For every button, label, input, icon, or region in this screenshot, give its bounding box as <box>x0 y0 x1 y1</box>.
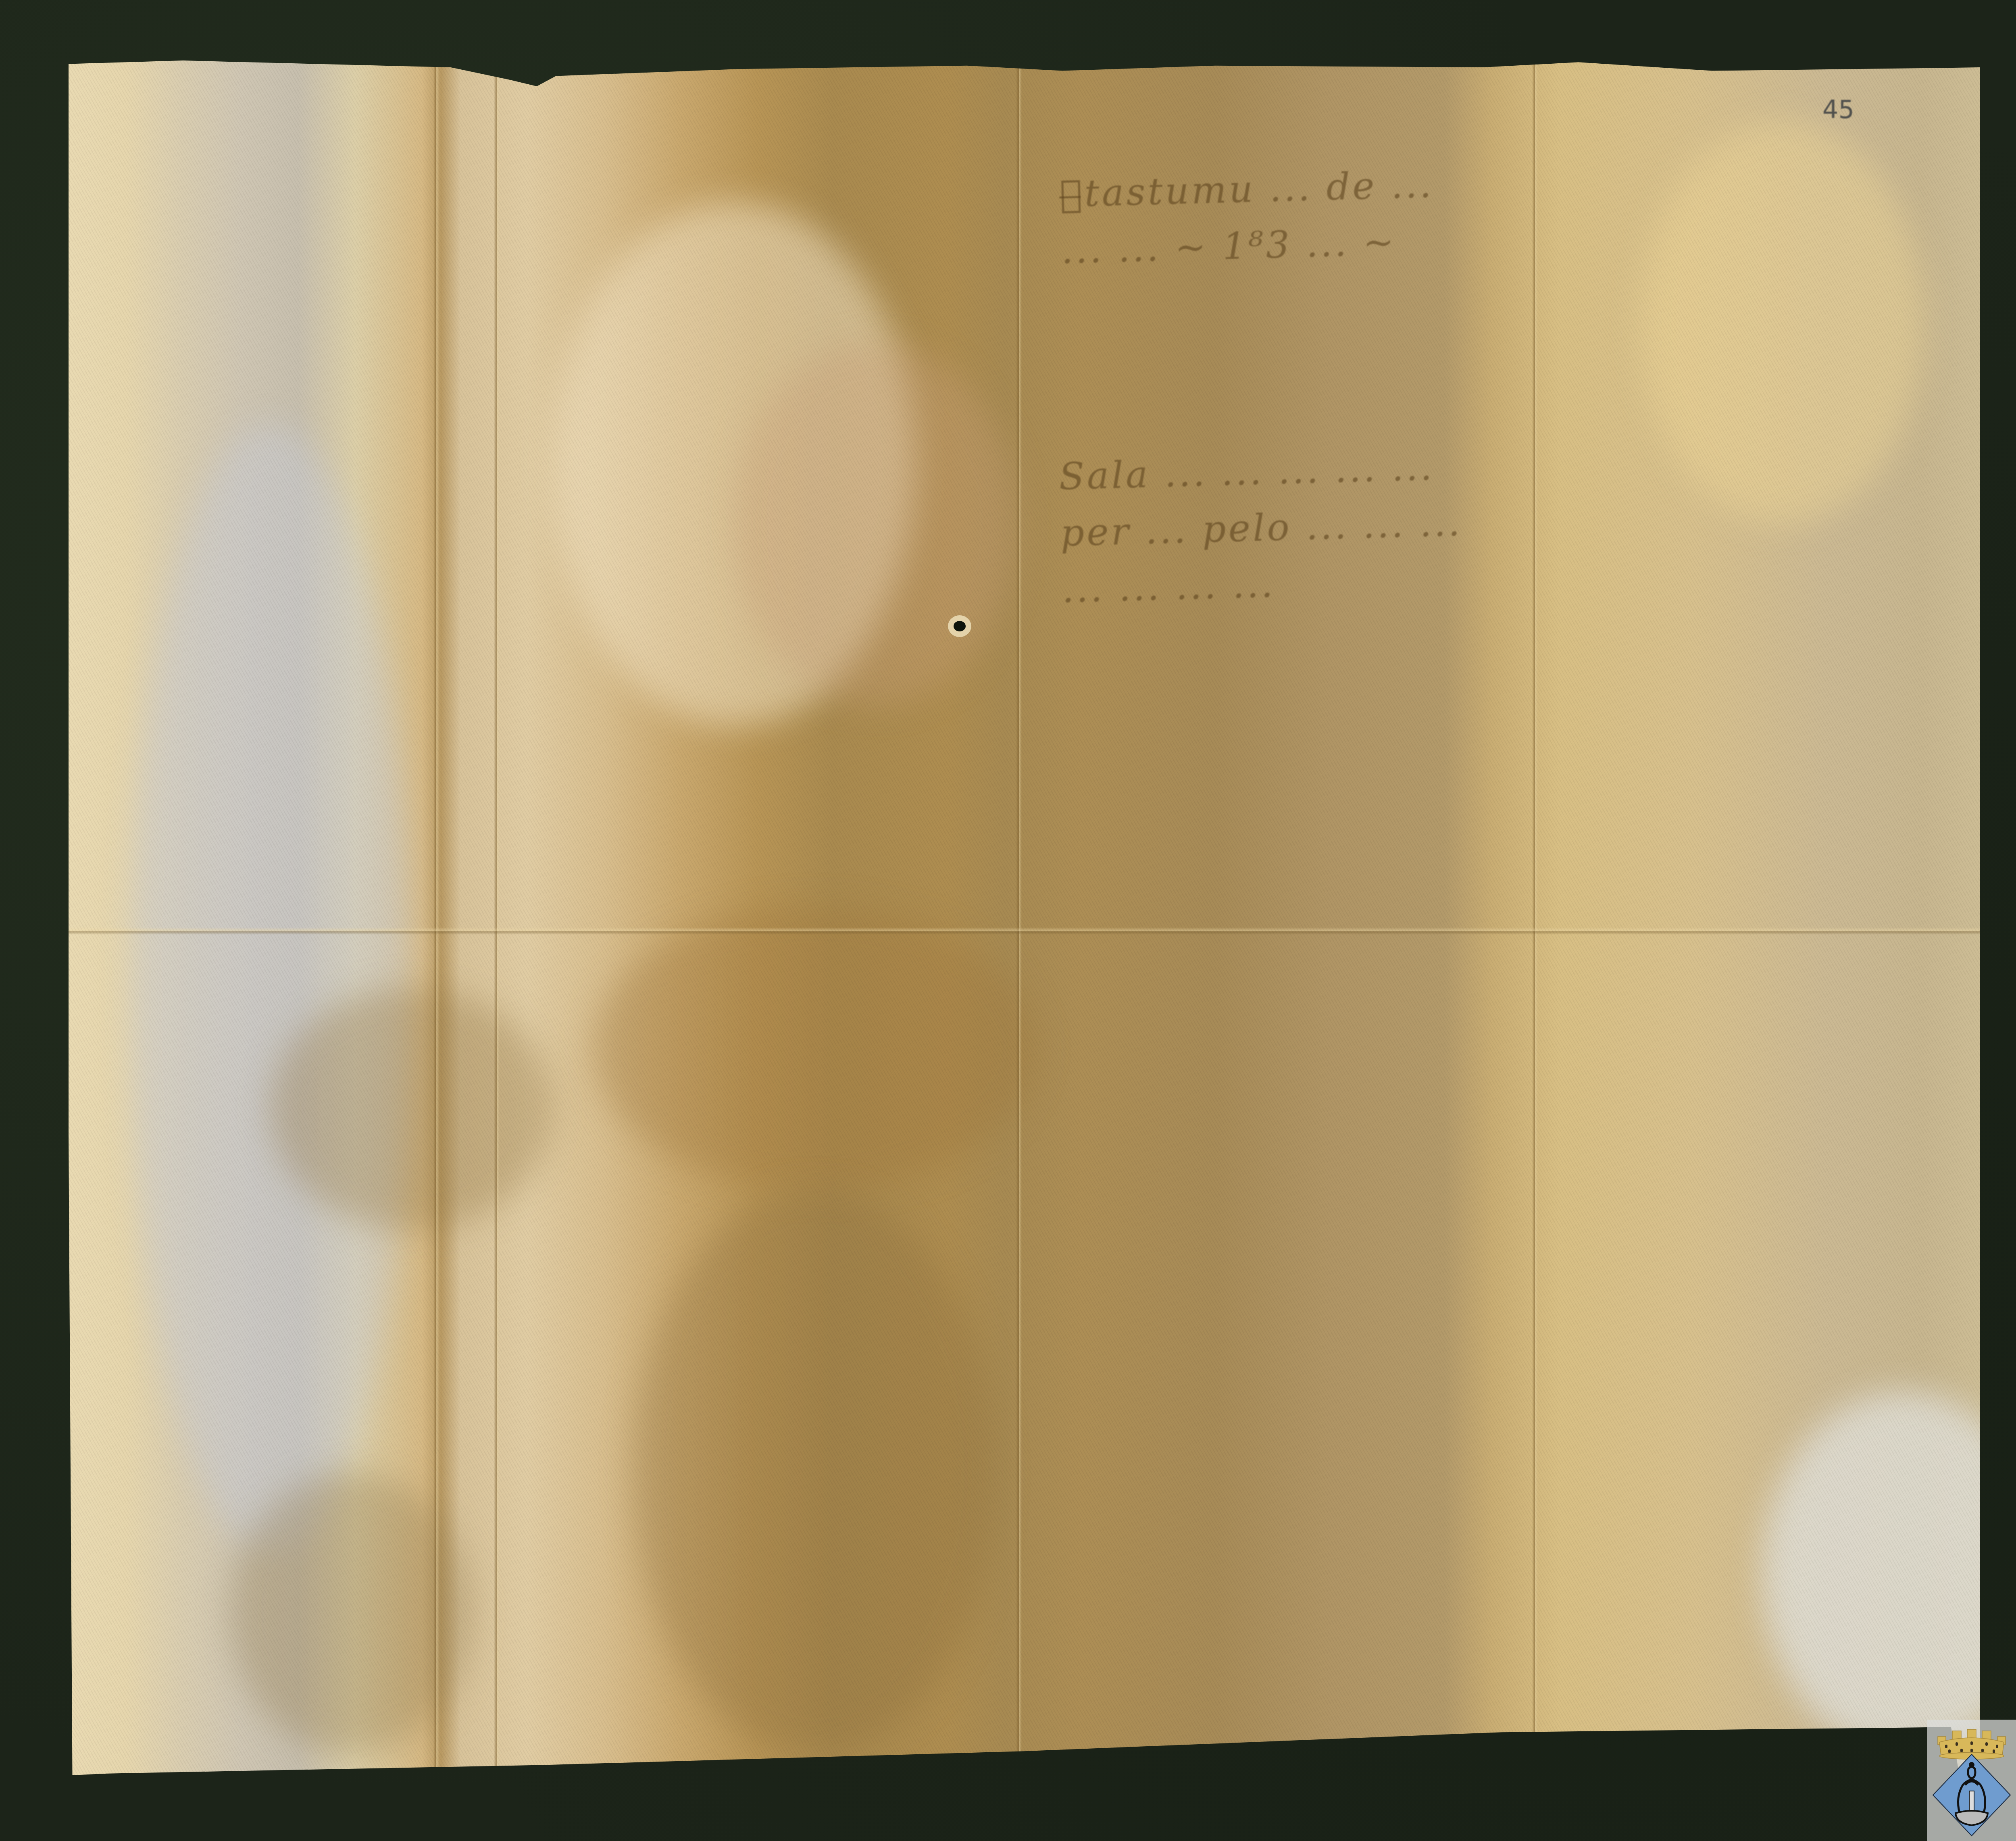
annotation-line: Sala ... ... ... ... ... <box>1058 438 1462 505</box>
fountain-shield-icon <box>1931 1753 2012 1837</box>
folio-number: 45 <box>1822 95 1854 124</box>
annotation-line: per ... pelo ... ... ... <box>1060 495 1463 562</box>
annotation-block-2: Sala ... ... ... ... ... per ... pelo ..… <box>1058 438 1464 618</box>
coat-of-arms-watermark <box>1927 1720 2016 1841</box>
annotation-line: Ⓘ̶tastumu ... de ... <box>1059 156 1434 223</box>
parchment-sheet <box>69 60 1980 1782</box>
annotation-line: ... ... ... ... <box>1061 551 1464 618</box>
worm-hole <box>954 621 966 631</box>
annotation-block-1: Ⓘ̶tastumu ... de ... ... ... ~ 1⁸3 ... ~ <box>1059 156 1436 279</box>
parchment-texture <box>69 60 1980 1782</box>
annotation-line: ... ... ~ 1⁸3 ... ~ <box>1060 213 1436 279</box>
